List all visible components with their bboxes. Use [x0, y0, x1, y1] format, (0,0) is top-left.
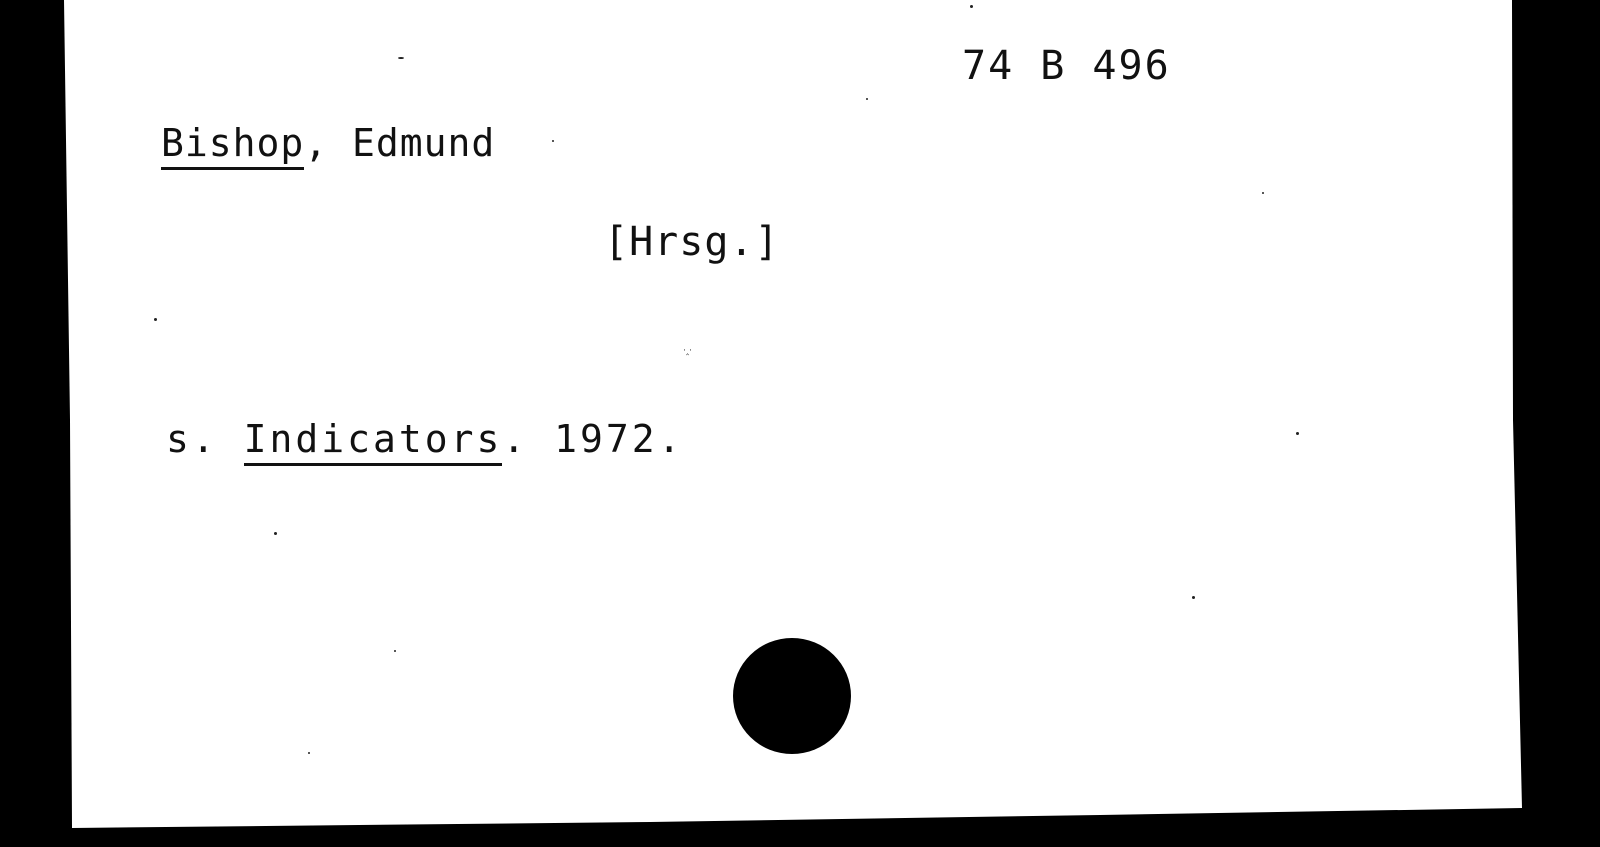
- editor-role: [Hrsg.]: [604, 222, 780, 262]
- catalog-card: 74 B 496 Bishop, Edmund [Hrsg.] ·‸· s. I…: [0, 0, 1600, 847]
- author-separator: ,: [304, 121, 352, 165]
- scan-speck: [308, 752, 310, 754]
- scan-speck: [274, 532, 277, 535]
- scan-speck: [1262, 192, 1264, 194]
- ink-smudge: ·‸·: [683, 345, 703, 353]
- author-heading: Bishop, Edmund: [161, 124, 495, 162]
- scan-speck: [154, 318, 157, 321]
- scan-speck: [866, 98, 868, 100]
- referenced-year: . 1972.: [502, 417, 683, 461]
- author-surname: Bishop: [161, 121, 304, 170]
- scan-speck: [970, 5, 973, 8]
- referenced-title: Indicators: [244, 417, 503, 466]
- see-prefix: s.: [166, 417, 244, 461]
- scan-speck: [1296, 432, 1299, 435]
- author-given-name: Edmund: [352, 121, 495, 165]
- cross-reference: s. Indicators. 1972.: [166, 420, 684, 458]
- punch-hole: [733, 638, 851, 754]
- call-number: 74 B 496: [962, 46, 1171, 86]
- scan-speck: [552, 140, 554, 142]
- scan-speck: [1192, 596, 1195, 599]
- scan-speck: [394, 650, 396, 652]
- scanned-page: 74 B 496 Bishop, Edmund [Hrsg.] ·‸· s. I…: [0, 0, 1600, 847]
- scan-speck: [398, 57, 404, 59]
